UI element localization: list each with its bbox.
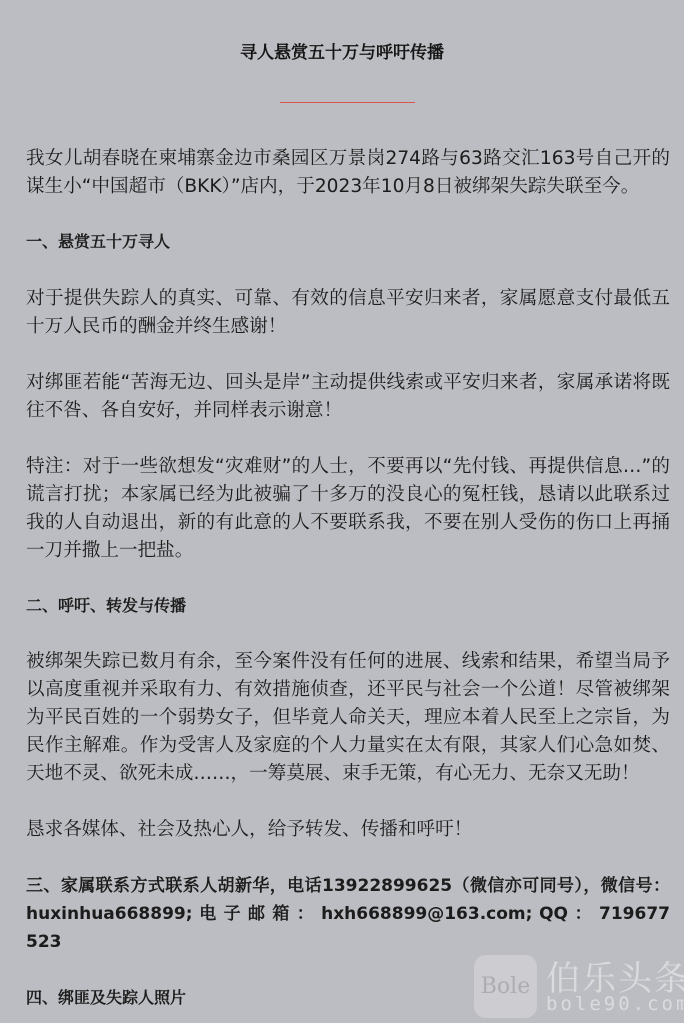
- watermark: Bole 伯乐头条 bole90.com: [474, 955, 684, 1015]
- contact-info: 三、家属联系方式联系人胡新华，电话13922899625（微信亦可同号），微信号…: [26, 872, 670, 956]
- section-heading-appeal: 二、呼吁、转发与传播: [26, 592, 670, 620]
- title-divider: [280, 102, 415, 103]
- share-request-paragraph: 恳求各媒体、社会及热心人，给予转发、传播和呼吁！: [26, 816, 670, 844]
- special-note-paragraph: 特注：对于一些欲想发“灾难财”的人士，不要再以“先付钱、再提供信息…”的谎言打扰…: [26, 453, 670, 565]
- watermark-logo-icon: Bole: [474, 955, 537, 1018]
- section-heading-reward: 一、悬赏五十万寻人: [26, 228, 670, 256]
- article-title: 寻人悬赏五十万与呼吁传播: [0, 38, 684, 63]
- appeal-paragraph: 被绑架失踪已数月有余，至今案件没有任何的进展、线索和结果，希望当局予以高度重视并…: [26, 648, 670, 788]
- intro-paragraph: 我女儿胡春晓在柬埔寨金边市桑园区万景岗274路与63路交汇163号自己开的谋生小…: [26, 145, 670, 201]
- kidnapper-appeal-paragraph: 对绑匪若能“苦海无边、回头是岸”主动提供线索或平安归来者，家属承诺将既往不咎、各…: [26, 369, 670, 425]
- watermark-url: bole90.com: [546, 993, 684, 1015]
- reward-paragraph: 对于提供失踪人的真实、可靠、有效的信息平安归来者，家属愿意支付最低五十万人民币的…: [26, 285, 670, 341]
